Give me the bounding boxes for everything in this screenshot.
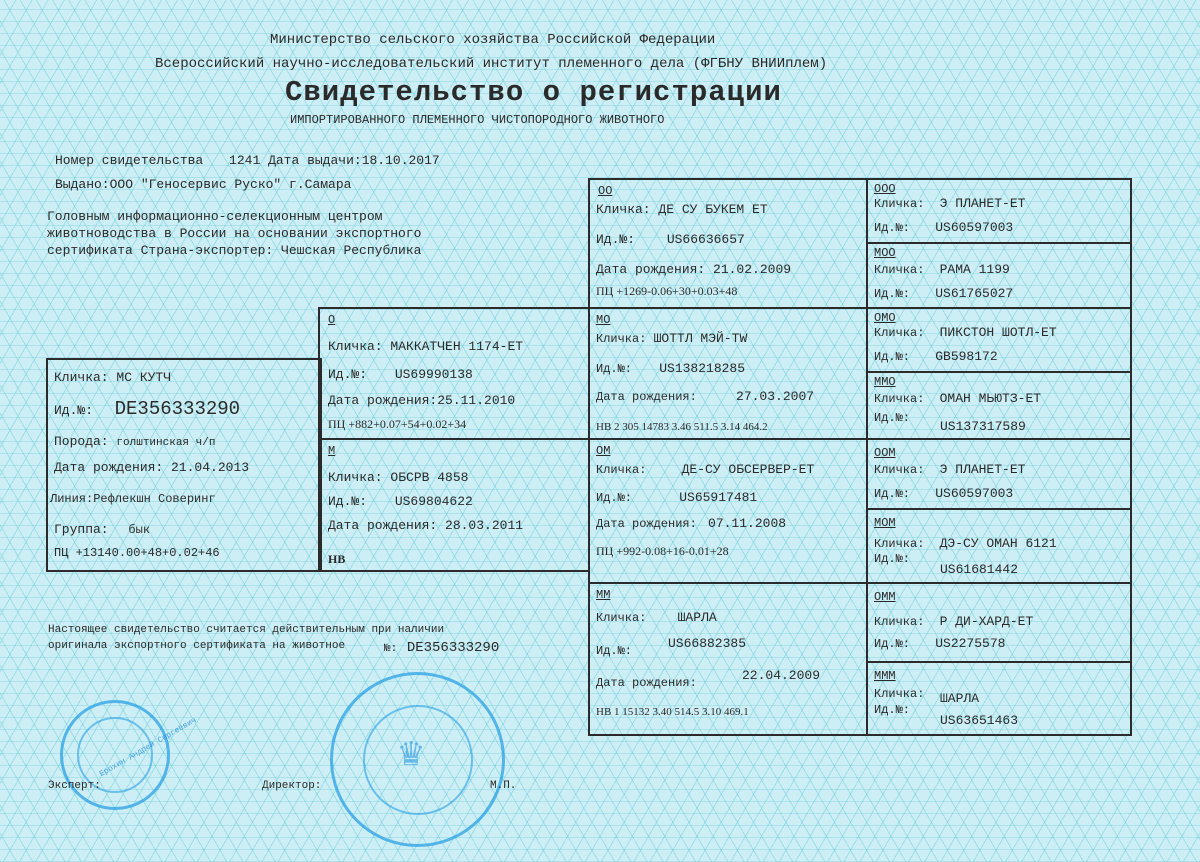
name-label: Кличка: [596,332,646,346]
basis-line: Головным информационно-селекционным цент… [47,208,421,225]
mm-code: ММ [596,588,610,602]
document-title: Свидетельство о регистрации [285,76,782,109]
mom-code: МОМ [874,516,896,530]
oo-name: ДЕ СУ БУКЕМ ЕТ [658,202,767,217]
ooo-name: Э ПЛАНЕТ-ЕТ [940,196,1026,211]
omm-name: Р ДИ-ХАРД-ЕТ [940,614,1034,629]
om-id: US65917481 [679,490,757,505]
sire-birth: 25.11.2010 [437,393,515,408]
mmo-name: ОМАН МЬЮТЗ-ЕТ [940,391,1041,406]
id-label: Ид.№: [596,491,632,505]
pedigree-omm: ОММ Кличка: Р ДИ-ХАРД-ЕТ Ид.№: US2275578 [866,582,1132,663]
id-label: Ид.№: [596,362,632,376]
pedigree-oo: ОО Кличка: ДЕ СУ БУКЕМ ЕТ Ид.№: US666366… [588,178,868,309]
official-seal: ♛ [330,672,505,847]
name-label: Кличка: [596,463,646,477]
dam-nv: НВ [328,552,345,567]
mo-id: US138218285 [659,361,745,376]
expert-stamp: Ерохин Андрей Сергеевич [60,700,170,810]
omm-id: US2275578 [935,636,1005,651]
birth-label: Дата рождения: [328,518,437,533]
seal-label: М.П. [490,780,516,792]
om-code: ОМ [596,444,610,458]
name-label: Кличка: [874,687,924,701]
ooo-id: US60597003 [935,220,1013,235]
om-birth: 07.11.2008 [708,516,786,531]
pedigree-oom: ООМ Кличка: Э ПЛАНЕТ-ЕТ Ид.№: US60597003 [866,438,1132,510]
issue-date: 18.10.2017 [362,153,440,168]
issued-by-label: Выдано: [55,177,110,192]
omm-code: ОММ [874,590,896,604]
sire-pc: ПЦ +882+0.07+54+0.02+34 [328,417,466,432]
oom-name: Э ПЛАНЕТ-ЕТ [940,462,1026,477]
animal-pc: +13140.00+48+0.02+46 [76,546,220,560]
mo-name: ШОТТЛ МЭЙ-TW [654,331,748,346]
oo-code: ОО [598,184,612,198]
oo-id: US66636657 [667,232,745,247]
pedigree-mmm: МММ Кличка: ШАРЛА Ид.№: US63651463 [866,661,1132,736]
id-label: Ид.№: [328,367,367,382]
pedigree-mo: МО Кличка: ШОТТЛ МЭЙ-TW Ид.№: US13821828… [588,307,868,440]
animal-breed: голштинская ч/п [116,437,215,449]
registration-basis: Головным информационно-селекционным цент… [47,208,421,259]
birth-label: Дата рождения: [328,393,437,408]
pedigree-mmo: ММО Кличка: ОМАН МЬЮТЗ-ЕТ Ид.№: US137317… [866,371,1132,440]
name-label: Кличка: [874,326,924,340]
mom-name: ДЭ-СУ ОМАН 6121 [940,536,1057,551]
pedigree-mm: ММ Кличка: ШАРЛА Ид.№: US66882385 Дата р… [588,582,868,736]
id-label: Ид.№: [54,403,93,418]
mmo-code: ММО [874,375,896,389]
name-label: Кличка: [596,202,651,217]
document-subtitle: ИМПОРТИРОВАННОГО ПЛЕМЕННОГО ЧИСТОПОРОДНО… [290,113,664,127]
dam-name: ОБСРВ 4858 [390,470,468,485]
line-label: Линия: [50,492,93,506]
expert-label: Эксперт: [48,780,101,792]
id-label: Ид.№: [874,411,910,425]
export-cert-number: DE356333290 [407,640,499,656]
name-label: Кличка: [874,463,924,477]
animal-birth: 21.04.2013 [171,460,249,475]
name-label: Кличка: [328,339,383,354]
oom-id: US60597003 [935,486,1013,501]
moo-id: US61765027 [935,286,1013,301]
ministry-heading: Министерство сельского хозяйства Российс… [270,32,715,48]
mo-nv: НВ 2 305 14783 3.46 511.5 3.14 464.2 [596,421,768,433]
name-label: Кличка: [874,537,924,551]
name-label: Кличка: [596,611,646,625]
mm-nv: НВ 1 15132 3.40 514.5 3.10 469.1 [596,706,749,718]
id-label: Ид.№: [874,637,910,651]
birth-label: Дата рождения: [596,676,697,690]
export-cert-label: №: [384,643,397,655]
ooo-code: ООО [874,182,896,196]
animal-line: Рефлекшн Соверинг [93,492,215,506]
birth-label: Дата рождения: [596,262,705,277]
moo-name: РАМА 1199 [940,262,1010,277]
dam-id: US69804622 [395,494,473,509]
birth-label: Дата рождения: [54,460,163,475]
animal-info-box: Кличка: МС КУТЧ Ид.№: DE356333290 Порода… [46,358,322,572]
mom-id: US61681442 [940,562,1018,577]
dam-birth: 28.03.2011 [445,518,523,533]
id-label: Ид.№: [874,350,910,364]
name-label: Кличка: [874,392,924,406]
mm-id: US66882385 [668,636,746,651]
name-label: Кличка: [874,615,924,629]
basis-line: животноводства в России на основании экс… [47,225,421,242]
name-label: Кличка: [328,470,383,485]
issue-date-label: Дата выдачи: [268,153,362,168]
animal-id: DE356333290 [115,398,240,420]
om-name: ДЕ-СУ ОБСЕРВЕР-ЕТ [682,462,815,477]
institute-heading: Всероссийский научно-исследовательский и… [155,56,827,72]
mo-birth: 27.03.2007 [736,389,814,404]
name-label: Кличка: [54,370,109,385]
group-label: Группа: [54,522,109,537]
name-label: Кличка: [874,197,924,211]
id-label: Ид.№: [874,487,910,501]
id-label: Ид.№: [874,703,910,717]
omo-code: ОМО [874,311,896,325]
issued-by: ООО "Геносервис Руско" г.Самара [110,177,352,192]
oo-pc: ПЦ +1269-0.06+30+0.03+48 [596,284,737,299]
sire-code: О [328,313,335,327]
pedigree-dam: М Кличка: ОБСРВ 4858 Ид.№: US69804622 Да… [318,438,590,572]
omo-id: GB598172 [935,349,997,364]
mm-name: ШАРЛА [678,610,717,625]
mmm-name: ШАРЛА [940,691,979,706]
pedigree-omo: ОМО Кличка: ПИКСТОН ШОТЛ-ЕТ Ид.№: GB5981… [866,307,1132,373]
export-cert-row: №: DE356333290 [384,638,499,656]
certificate-number-label: Номер свидетельства [55,153,203,168]
mmm-id: US63651463 [940,713,1018,728]
pc-label: ПЦ [54,546,68,560]
id-label: Ид.№: [328,494,367,509]
moo-code: МОО [874,246,896,260]
coat-of-arms-icon: ♛ [399,729,423,778]
birth-label: Дата рождения: [596,517,697,531]
oo-birth: 21.02.2009 [713,262,791,277]
animal-name: МС КУТЧ [116,370,171,385]
issued-by-row: Выдано:ООО "Геносервис Руско" г.Самара [55,177,351,192]
id-label: Ид.№: [874,552,910,566]
mm-birth: 22.04.2009 [742,668,820,683]
pedigree-moo: МОО Кличка: РАМА 1199 Ид.№: US61765027 [866,242,1132,309]
id-label: Ид.№: [874,221,910,235]
id-label: Ид.№: [596,232,635,247]
mo-code: МО [596,313,610,327]
breed-label: Порода: [54,434,109,449]
animal-group: бык [128,523,150,537]
pedigree-mom: МОМ Кличка: ДЭ-СУ ОМАН 6121 Ид.№: US6168… [866,508,1132,584]
dam-code: М [328,444,335,458]
id-label: Ид.№: [874,287,910,301]
mmm-code: МММ [874,669,896,683]
omo-name: ПИКСТОН ШОТЛ-ЕТ [940,325,1057,340]
birth-label: Дата рождения: [596,390,697,404]
basis-line: сертификата Страна-экспортер: Чешская Ре… [47,242,421,259]
pedigree-ooo: ООО Кличка: Э ПЛАНЕТ-ЕТ Ид.№: US60597003 [866,178,1132,244]
certificate-number: 1241 [229,153,260,168]
certificate-number-row: Номер свидетельства 1241 Дата выдачи:18.… [55,153,440,168]
pedigree-om: ОМ Кличка: ДЕ-СУ ОБСЕРВЕР-ЕТ Ид.№: US659… [588,438,868,584]
validity-line: Настоящее свидетельство считается действ… [48,622,444,638]
sire-name: МАККАТЧЕН 1174-ЕТ [390,339,523,354]
oom-code: ООМ [874,446,896,460]
pedigree-sire: О Кличка: МАККАТЧЕН 1174-ЕТ Ид.№: US6999… [318,307,590,440]
om-pc: ПЦ +992-0.08+16-0.01+28 [596,544,729,559]
director-label: Директор: [262,780,321,792]
name-label: Кличка: [874,263,924,277]
mmo-id: US137317589 [940,419,1026,434]
sire-id: US69990138 [395,367,473,382]
id-label: Ид.№: [596,644,632,658]
